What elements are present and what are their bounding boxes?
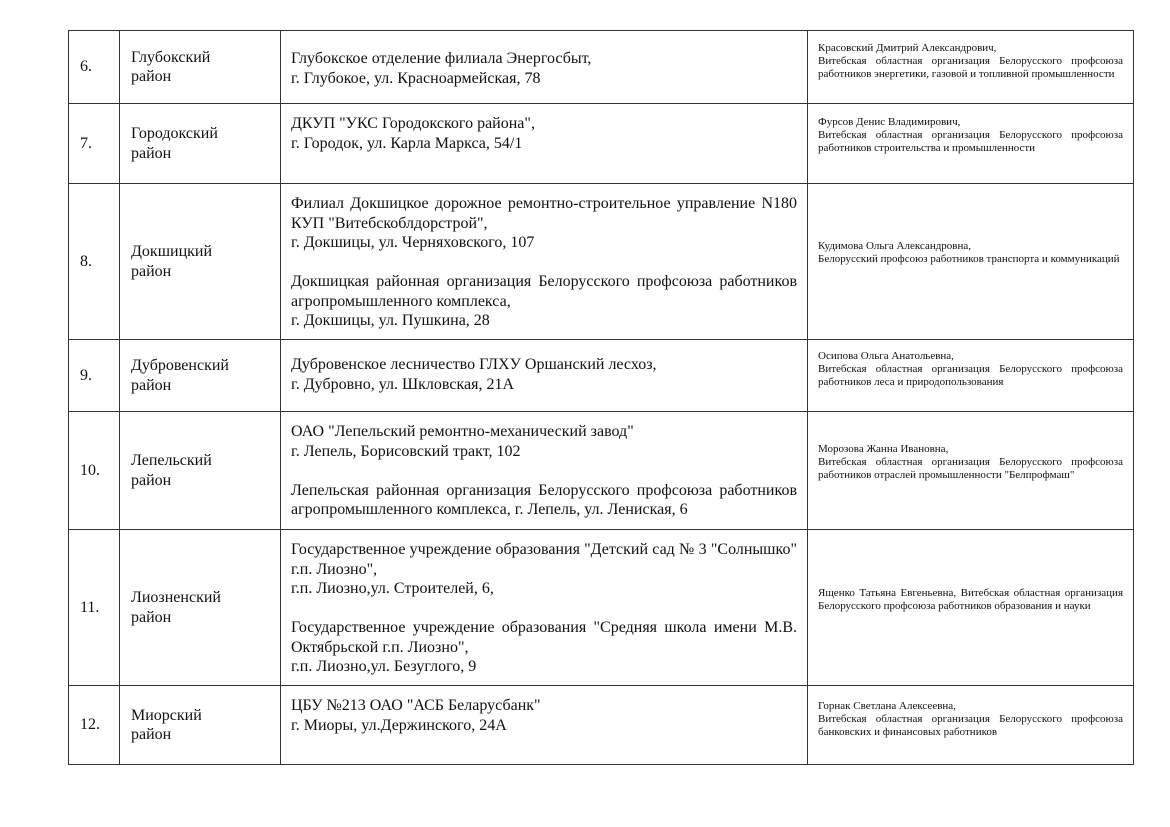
venue-addresses: Глубокское отделение филиала Энергосбыт,… bbox=[281, 31, 808, 104]
representative: Ященко Татьяна Евгеньевна, Витебская обл… bbox=[808, 530, 1134, 686]
venue-address-line: г.п. Лиозно,ул. Безуглого, 9 bbox=[291, 657, 797, 677]
district-name: Миорскийрайон bbox=[120, 686, 281, 765]
venue-address-line: г. Миоры, ул.Держинского, 24А bbox=[291, 716, 797, 736]
venue-address-line: ЦБУ №213 ОАО "АСБ Беларусбанк" bbox=[291, 696, 797, 716]
venue-address-line: г. Докшицы, ул. Пушкина, 28 bbox=[291, 311, 797, 331]
table-row: 11.ЛиозненскийрайонГосударственное учреж… bbox=[69, 530, 1134, 686]
district-name: Докшицкийрайон bbox=[120, 184, 281, 340]
row-number: 10. bbox=[69, 412, 120, 530]
district-line: район bbox=[131, 67, 274, 87]
district-line: район bbox=[131, 608, 274, 628]
table-row: 10.ЛепельскийрайонОАО "Лепельский ремонт… bbox=[69, 412, 1134, 530]
district-line: Лепельский bbox=[131, 451, 274, 471]
representative-name: Горнак Светлана Алексеевна, bbox=[818, 700, 1123, 713]
table-row: 8.ДокшицкийрайонФилиал Докшицкое дорожно… bbox=[69, 184, 1134, 340]
venue-address-line: г. Докшицы, ул. Черняховского, 107 bbox=[291, 233, 797, 253]
district-line: район bbox=[131, 262, 274, 282]
venue-address-line: Дубровенское лесничество ГЛХУ Оршанский … bbox=[291, 355, 797, 375]
representative-name: Осипова Ольга Анатольевна, bbox=[818, 350, 1123, 363]
district-name: Глубокскийрайон bbox=[120, 31, 281, 104]
district-line: Докшицкий bbox=[131, 242, 274, 262]
venue-address-line: ДКУП "УКС Городокского района", bbox=[291, 114, 797, 134]
district-line: район bbox=[131, 471, 274, 491]
venue-addresses: ЦБУ №213 ОАО "АСБ Беларусбанк"г. Миоры, … bbox=[281, 686, 808, 765]
district-line: район bbox=[131, 376, 274, 396]
venue-addresses: ДКУП "УКС Городокского района",г. Городо… bbox=[281, 104, 808, 184]
venue-addresses: Филиал Докшицкое дорожное ремонтно-строи… bbox=[281, 184, 808, 340]
venue-address-line: г. Лепель, Борисовский тракт, 102 bbox=[291, 442, 797, 462]
table-row: 7.ГородокскийрайонДКУП "УКС Городокского… bbox=[69, 104, 1134, 184]
representative-name: Кудимова Ольга Александровна, bbox=[818, 240, 1123, 253]
row-number: 11. bbox=[69, 530, 120, 686]
representative-organization: Витебская областная организация Белорусс… bbox=[818, 456, 1123, 482]
venue-address-line: Филиал Докшицкое дорожное ремонтно-строи… bbox=[291, 194, 797, 233]
district-line: район bbox=[131, 725, 274, 745]
representative: Морозова Жанна Ивановна,Витебская област… bbox=[808, 412, 1134, 530]
districts-table: 6.ГлубокскийрайонГлубокское отделение фи… bbox=[68, 30, 1134, 765]
representative: Фурсов Денис Владимирович,Витебская обла… bbox=[808, 104, 1134, 184]
representative-name: Ященко Татьяна Евгеньевна, Витебская обл… bbox=[818, 587, 1123, 613]
venue-address-line: г. Глубокое, ул. Красноармейская, 78 bbox=[291, 69, 797, 89]
venue-address-line: г.п. Лиозно,ул. Строителей, 6, bbox=[291, 579, 797, 599]
district-line: Городокский bbox=[131, 124, 274, 144]
representative: Осипова Ольга Анатольевна,Витебская обла… bbox=[808, 340, 1134, 412]
district-line: Дубровенский bbox=[131, 356, 274, 376]
table-row: 12.МиорскийрайонЦБУ №213 ОАО "АСБ Белару… bbox=[69, 686, 1134, 765]
venue-addresses: ОАО "Лепельский ремонтно-механический за… bbox=[281, 412, 808, 530]
district-name: Лиозненскийрайон bbox=[120, 530, 281, 686]
representative: Горнак Светлана Алексеевна,Витебская обл… bbox=[808, 686, 1134, 765]
table-row: 6.ГлубокскийрайонГлубокское отделение фи… bbox=[69, 31, 1134, 104]
venue-address-line: Докшицкая районная организация Белорусск… bbox=[291, 272, 797, 311]
venue-address-line: ОАО "Лепельский ремонтно-механический за… bbox=[291, 422, 797, 442]
representative-organization: Витебская областная организация Белорусс… bbox=[818, 55, 1123, 81]
row-number: 12. bbox=[69, 686, 120, 765]
representative: Красовский Дмитрий Александрович,Витебск… bbox=[808, 31, 1134, 104]
district-name: Городокскийрайон bbox=[120, 104, 281, 184]
table-row: 9.ДубровенскийрайонДубровенское лесничес… bbox=[69, 340, 1134, 412]
representative-name: Морозова Жанна Ивановна, bbox=[818, 443, 1123, 456]
representative-name: Красовский Дмитрий Александрович, bbox=[818, 42, 1123, 55]
row-number: 9. bbox=[69, 340, 120, 412]
representative-organization: Витебская областная организация Белорусс… bbox=[818, 713, 1123, 739]
row-number: 6. bbox=[69, 31, 120, 104]
row-number: 8. bbox=[69, 184, 120, 340]
representative-organization: Белорусский профсоюз работников транспор… bbox=[818, 253, 1123, 266]
district-line: Миорский bbox=[131, 706, 274, 726]
district-line: район bbox=[131, 144, 274, 164]
representative-name: Фурсов Денис Владимирович, bbox=[818, 116, 1123, 129]
district-line: Лиозненский bbox=[131, 588, 274, 608]
venue-address-line: Государственное учреждение образования "… bbox=[291, 540, 797, 579]
district-line: Глубокский bbox=[131, 48, 274, 68]
venue-address-line: Глубокское отделение филиала Энергосбыт, bbox=[291, 49, 797, 69]
venue-address-line: г. Городок, ул. Карла Маркса, 54/1 bbox=[291, 134, 797, 154]
venue-address-line: г. Дубровно, ул. Шкловская, 21А bbox=[291, 375, 797, 395]
representative-organization: Витебская областная организация Белорусс… bbox=[818, 363, 1123, 389]
venue-address-line: Государственное учреждение образования "… bbox=[291, 618, 797, 657]
district-name: Лепельскийрайон bbox=[120, 412, 281, 530]
venue-addresses: Государственное учреждение образования "… bbox=[281, 530, 808, 686]
representative-organization: Витебская областная организация Белорусс… bbox=[818, 129, 1123, 155]
row-number: 7. bbox=[69, 104, 120, 184]
district-name: Дубровенскийрайон bbox=[120, 340, 281, 412]
venue-address-line: Лепельская районная организация Белорусс… bbox=[291, 481, 797, 520]
representative: Кудимова Ольга Александровна,Белорусский… bbox=[808, 184, 1134, 340]
venue-addresses: Дубровенское лесничество ГЛХУ Оршанский … bbox=[281, 340, 808, 412]
